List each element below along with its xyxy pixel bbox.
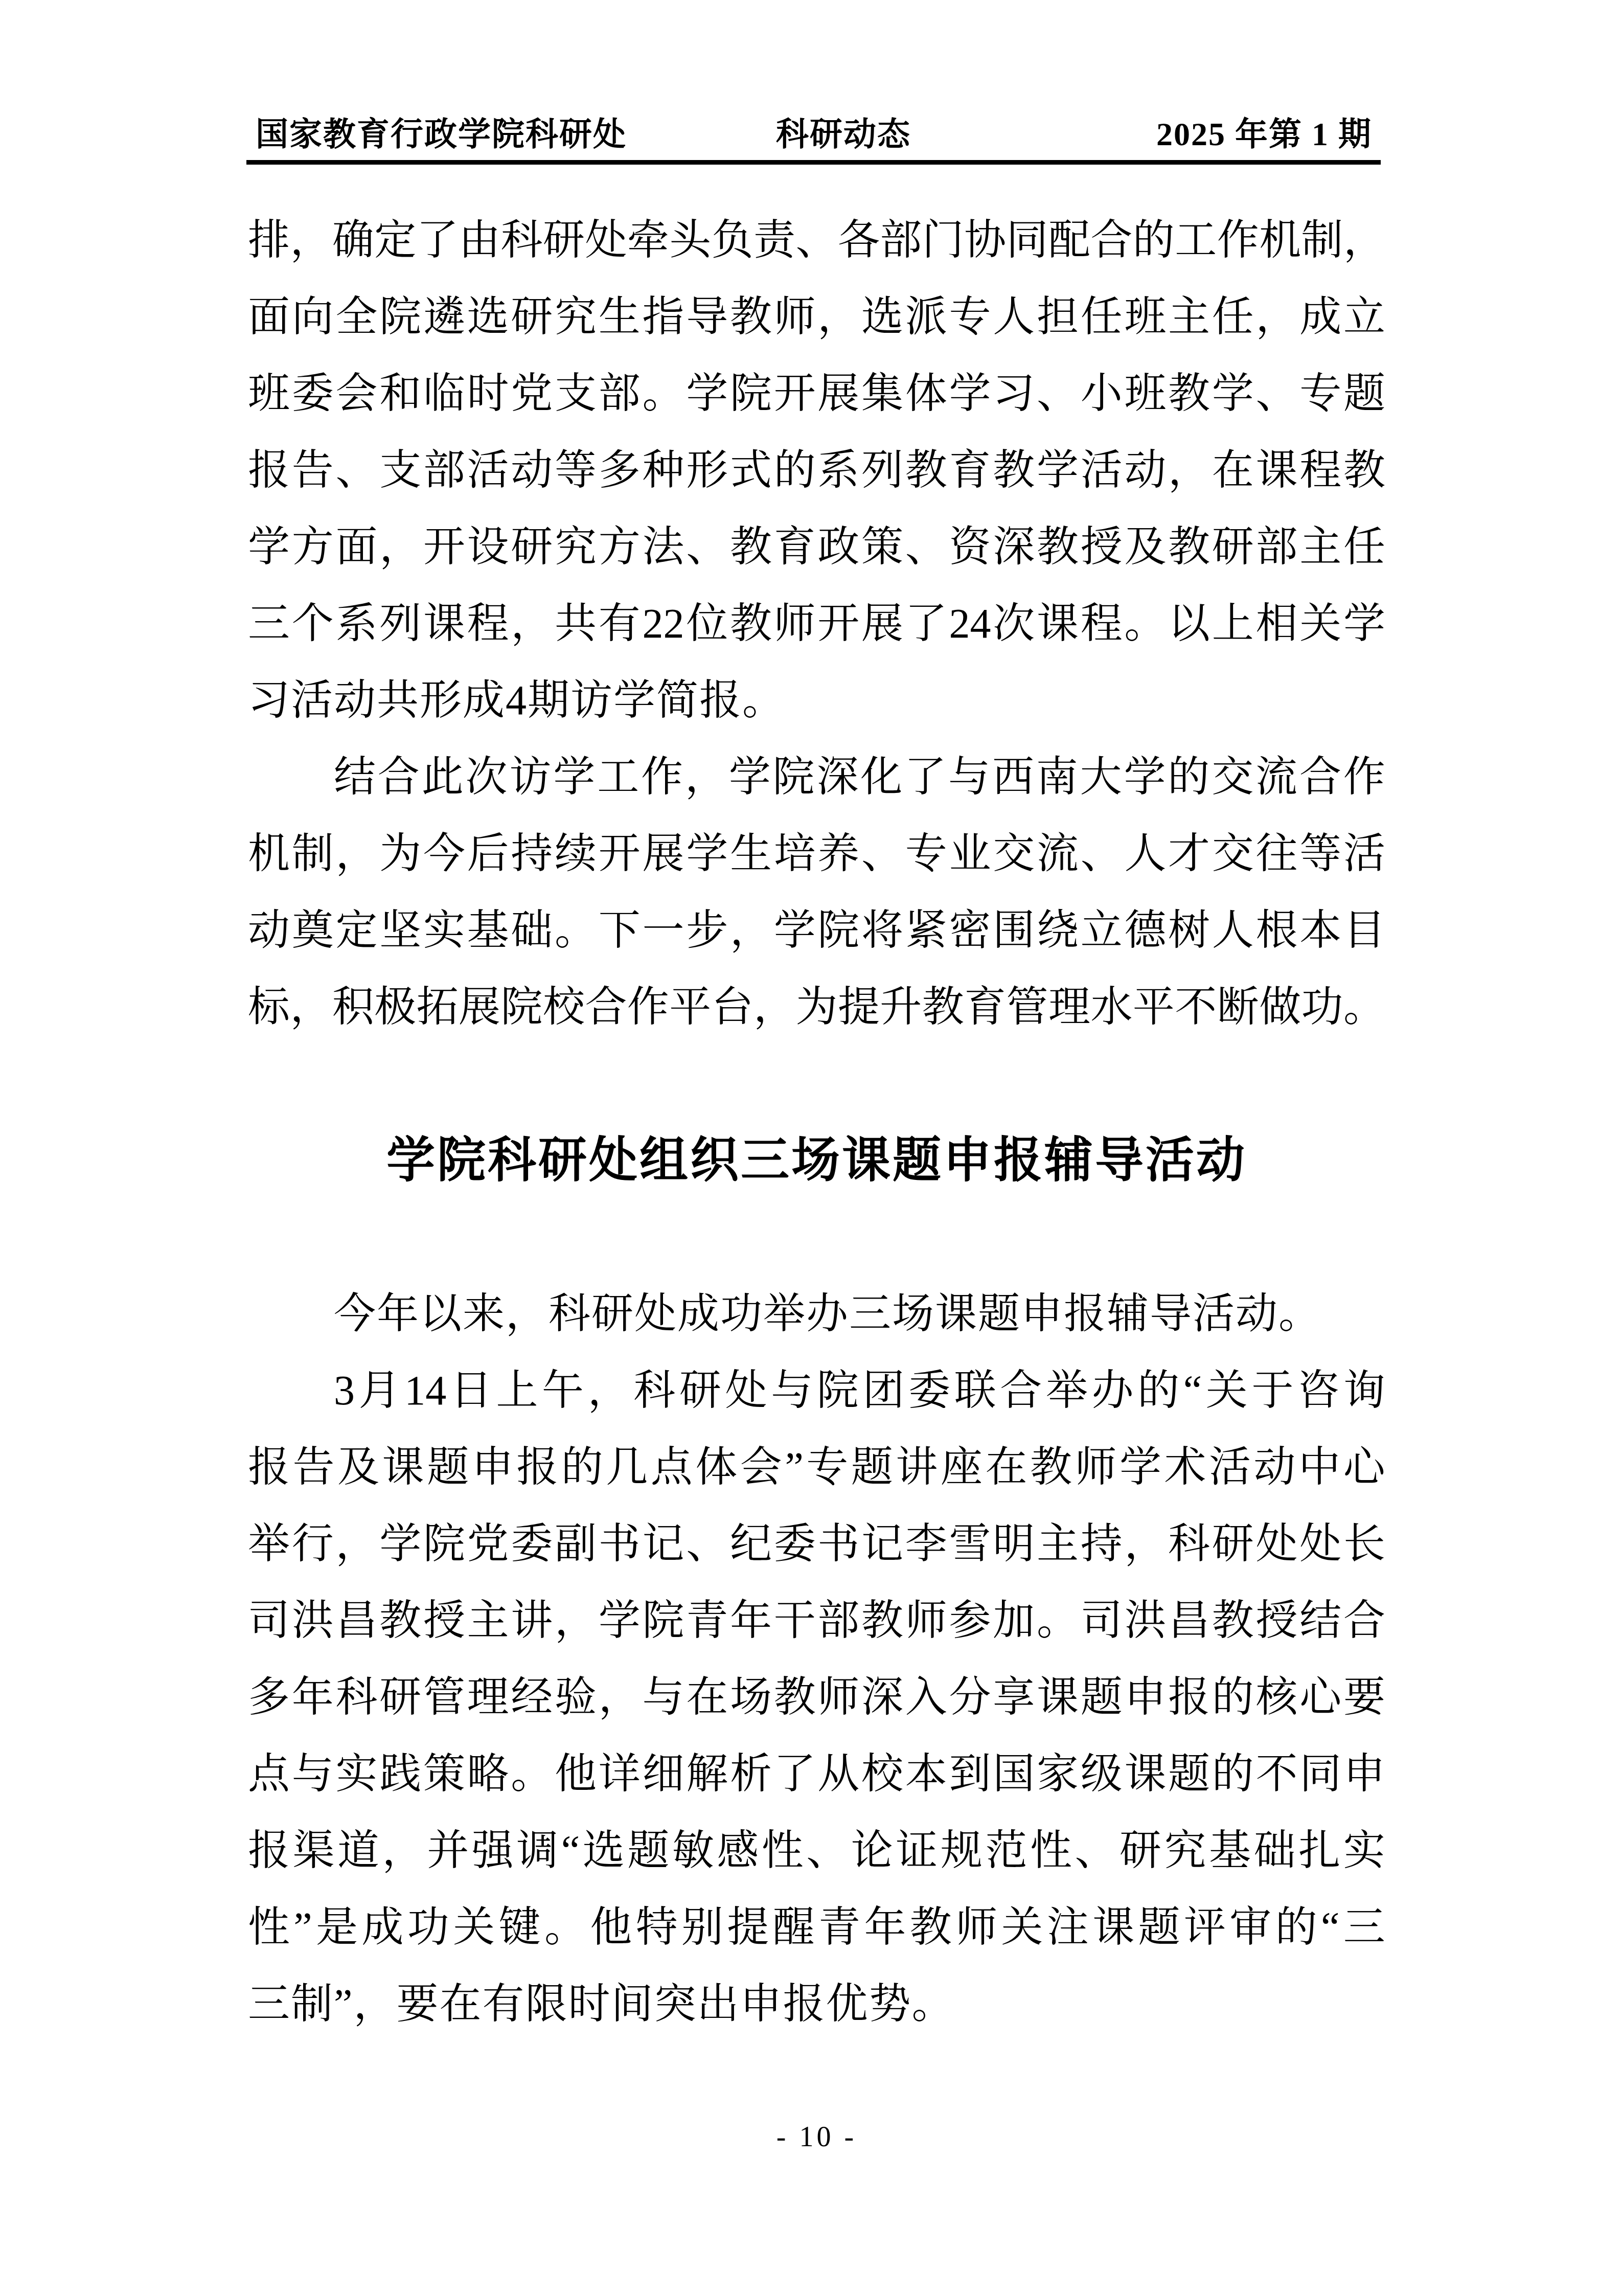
body-line: 排，确定了由科研处牵头负责、各部门协同配合的工作机制， bbox=[248, 202, 1385, 279]
body-line: 报告、支部活动等多种形式的系列教育教学活动，在课程教 bbox=[248, 432, 1385, 509]
body-line: 报渠道，并强调“选题敏感性、论证规范性、研究基础扎实 bbox=[248, 1812, 1385, 1889]
body-line: 性”是成功关键。他特别提醒青年教师关注课题评审的“三 bbox=[248, 1889, 1385, 1966]
body-line: 多年科研管理经验，与在场教师深入分享课题申报的核心要 bbox=[248, 1659, 1385, 1736]
body-line: 3月14日上午，科研处与院团委联合举办的“关于咨询 bbox=[248, 1352, 1385, 1429]
header-department: 国家教育行政学院科研处 bbox=[256, 115, 627, 154]
body-line: 机制，为今后持续开展学生培养、专业交流、人才交往等活 bbox=[248, 815, 1385, 892]
body-line: 学方面，开设研究方法、教育政策、资深教授及教研部主任 bbox=[248, 509, 1385, 585]
body-line: 三制”，要在有限时间突出申报优势。 bbox=[248, 1966, 1385, 2042]
page-footer: - 10 - bbox=[248, 2121, 1385, 2153]
body-line: 今年以来，科研处成功举办三场课题申报辅导活动。 bbox=[248, 1276, 1385, 1352]
page-number: - 10 - bbox=[776, 2121, 857, 2153]
document-page: 国家教育行政学院科研处 科研动态 2025 年第 1 期 排，确定了由科研处牵头… bbox=[0, 0, 1622, 2296]
body-line: 举行，学院党委副书记、纪委书记李雪明主持，科研处处长 bbox=[248, 1506, 1385, 1582]
body-line: 面向全院遴选研究生指导教师，选派专人担任班主任，成立 bbox=[248, 279, 1385, 355]
body-text: 排，确定了由科研处牵头负责、各部门协同配合的工作机制，面向全院遴选研究生指导教师… bbox=[248, 202, 1385, 2042]
header-issue: 2025 年第 1 期 bbox=[1156, 115, 1372, 154]
blank-line bbox=[248, 1199, 1385, 1276]
header-title: 科研动态 bbox=[776, 115, 911, 154]
body-line: 标，积极拓展院校合作平台，为提升教育管理水平不断做功。 bbox=[248, 969, 1385, 1045]
body-line: 报告及课题申报的几点体会”专题讲座在教师学术活动中心 bbox=[248, 1429, 1385, 1506]
body-line: 习活动共形成4期访学简报。 bbox=[248, 662, 1385, 739]
section-heading: 学院科研处组织三场课题申报辅导活动 bbox=[248, 1122, 1385, 1199]
body-line: 三个系列课程，共有22位教师开展了24次课程。以上相关学 bbox=[248, 585, 1385, 662]
body-line: 司洪昌教授主讲，学院青年干部教师参加。司洪昌教授结合 bbox=[248, 1582, 1385, 1659]
header-rule bbox=[246, 160, 1381, 165]
body-line: 班委会和临时党支部。学院开展集体学习、小班教学、专题 bbox=[248, 355, 1385, 432]
body-line: 点与实践策略。他详细解析了从校本到国家级课题的不同申 bbox=[248, 1736, 1385, 1812]
body-line: 结合此次访学工作，学院深化了与西南大学的交流合作 bbox=[248, 739, 1385, 815]
body-line: 动奠定坚实基础。下一步，学院将紧密围绕立德树人根本目 bbox=[248, 892, 1385, 969]
blank-line bbox=[248, 1045, 1385, 1122]
